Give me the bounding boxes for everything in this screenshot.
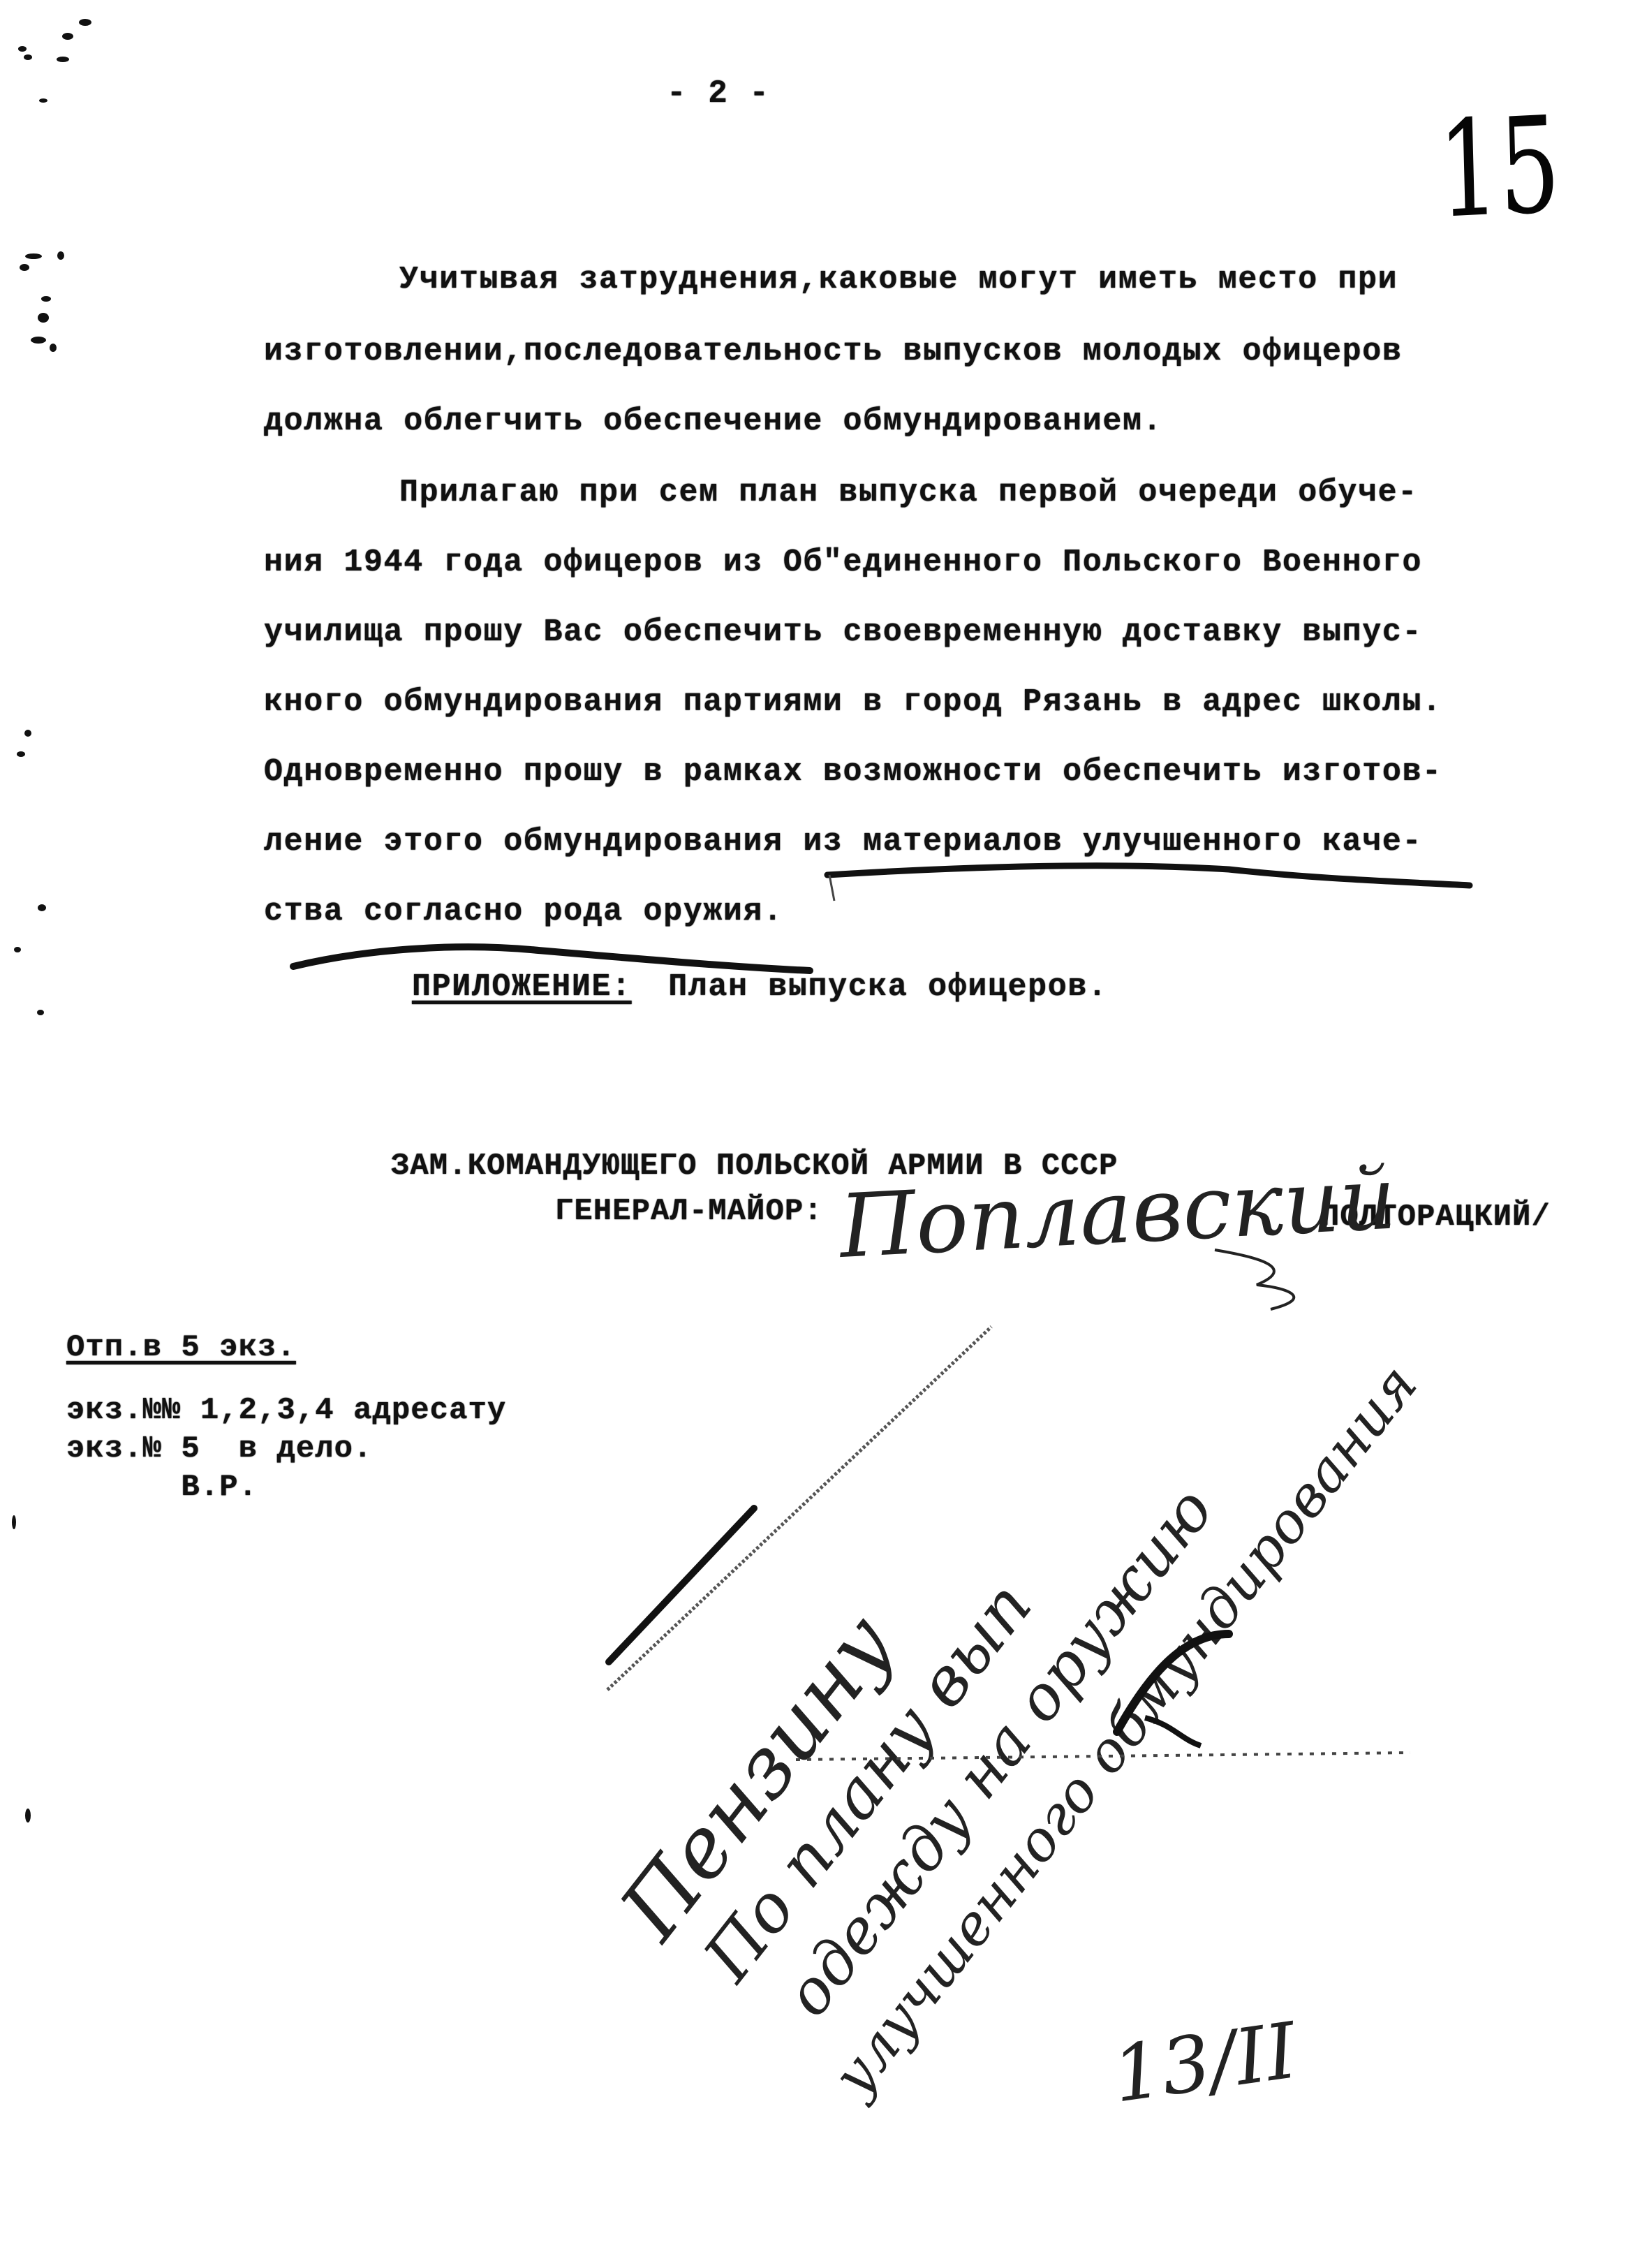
body-line: должна облегчить обеспечение обмундирова…	[264, 404, 1162, 439]
folio-number: 15	[1437, 99, 1562, 237]
signatory-title: ЗАМ.КОМАНДУЮЩЕГО ПОЛЬСКОЙ АРМИИ В СССР	[391, 1149, 1118, 1184]
body-line: ление этого обмундирования из материалов…	[264, 824, 1422, 860]
resolution-date: 13/II	[1107, 2005, 1304, 2120]
body-line: Прилагаю при сем план выпуска первой оче…	[399, 475, 1418, 510]
body-line: кного обмундирования партиями в город Ря…	[264, 684, 1442, 720]
body-line: ства согласно рода оружия.	[264, 894, 783, 929]
attachment-label: ПРИЛОЖЕНИЕ:	[412, 969, 632, 1005]
body-line: ния 1944 года офицеров из Об"единенного …	[264, 545, 1422, 580]
body-line: Одновременно прошу в рамках возможности …	[264, 754, 1442, 790]
page-number: - 2 -	[667, 75, 770, 112]
distribution-line: В.Р.	[66, 1470, 258, 1505]
svg-text:Пензину: Пензину	[601, 1597, 913, 1959]
body-line: училища прошу Вас обеспечить своевременн…	[264, 614, 1422, 650]
signatory-rank: ГЕНЕРАЛ-МАЙОР:	[555, 1194, 823, 1229]
document-page: - 2 - 15 Учитывая затруднения,каковые мо…	[0, 0, 1626, 2268]
body-line: изготовлении,последовательность выпусков…	[264, 334, 1402, 369]
svg-text:По плану вып: По плану вып	[688, 1568, 1047, 1996]
attachment-text: План выпуска офицеров.	[668, 969, 1107, 1005]
signatory-name: ПОЛТОРАЦКИЙ/	[1321, 1200, 1551, 1235]
attachment: ПРИЛОЖЕНИЕ: План выпуска офицеров.	[412, 969, 1108, 1005]
handwritten-resolution: Пензину По плану вып одежду на оружию ул…	[601, 1182, 1430, 2109]
svg-text:улучшенного обмундирования: улучшенного обмундирования	[819, 1353, 1430, 2109]
distribution-line: экз.№№ 1,2,3,4 адресату	[66, 1393, 506, 1428]
body-line: Учитывая затруднения,каковые могут иметь…	[399, 262, 1398, 297]
distribution-line: экз.№ 5 в дело.	[66, 1431, 372, 1466]
margin-speckles	[12, 19, 91, 1822]
svg-text:одежду на оружию: одежду на оружию	[771, 1474, 1227, 2029]
distribution-heading: Отп.в 5 экз.	[66, 1330, 296, 1365]
